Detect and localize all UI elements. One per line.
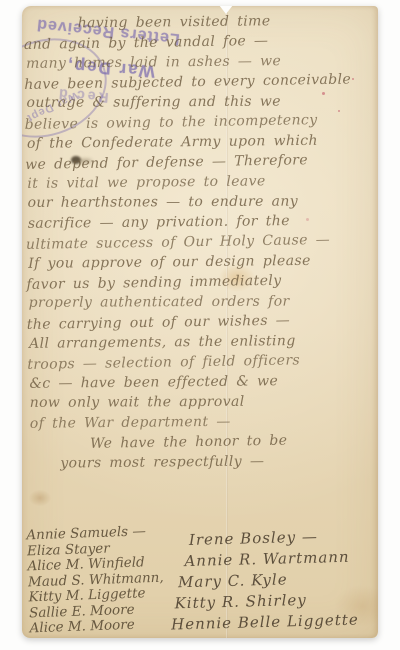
handwriting-line: it is vital we propose to leave	[27, 172, 377, 196]
handwriting-line: yours most respectfully —	[30, 452, 378, 476]
scan-background: War Dept Letters Received War Dep, Rec'd…	[0, 0, 400, 650]
signature-column-left: Annie Samuels —Eliza StayerAlice M. Winf…	[26, 524, 165, 637]
letter-page: War Dept Letters Received War Dep, Rec'd…	[22, 6, 378, 638]
signature-column-right: Irene Bosley —Annie R. WartmannMary C. K…	[169, 526, 359, 636]
signature-name: Hennie Belle Liggette	[171, 610, 359, 636]
letter-body-text: having been visited timeand again by the…	[26, 12, 378, 476]
handwriting-line: &c — have been effected & we	[29, 372, 378, 396]
paper-notch	[219, 6, 233, 14]
handwriting-line: now only wait the approval	[30, 393, 378, 415]
handwriting-line: our hearthstones — to endure any	[28, 193, 378, 215]
signature-name: Alice M. Moore	[29, 617, 165, 637]
